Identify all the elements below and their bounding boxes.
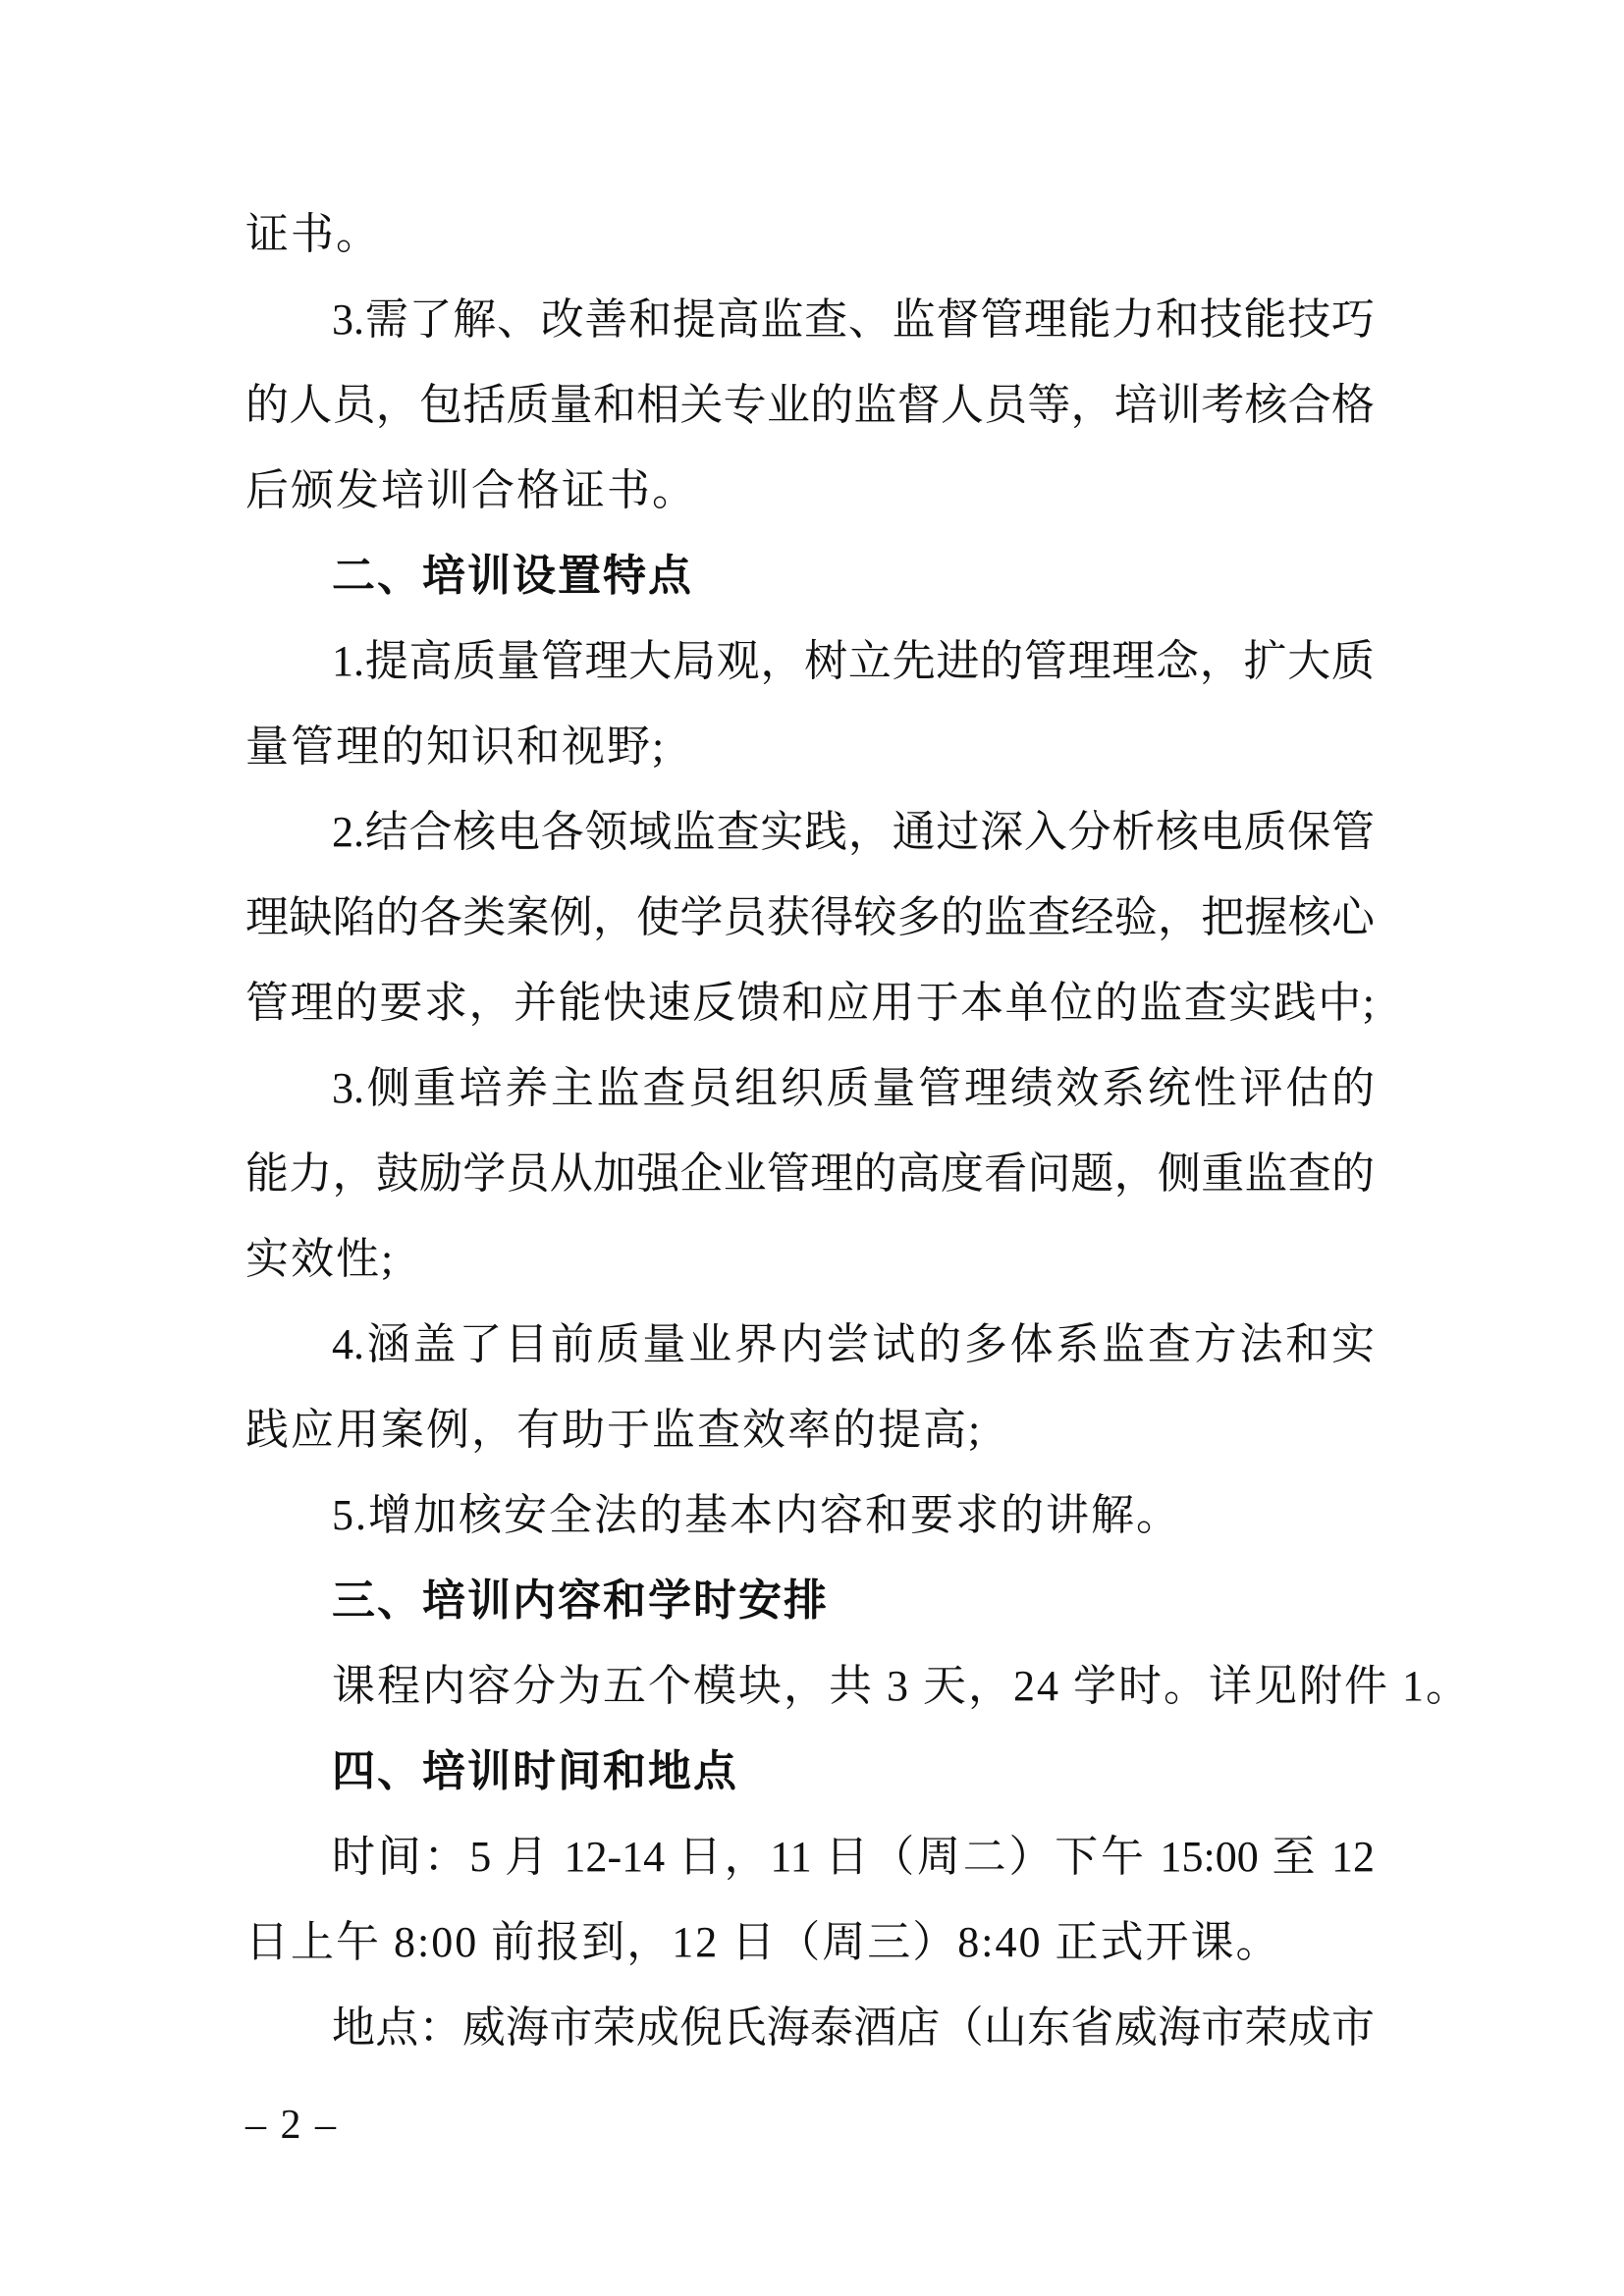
- section-heading: 二、培训设置特点: [245, 533, 1375, 618]
- body-line: 4.涵盖了目前质量业界内尝试的多体系监查方法和实: [245, 1302, 1375, 1387]
- document-page: 证书。 3.需了解、改善和提高监查、监督管理能力和技能技巧 的人员，包括质量和相…: [0, 0, 1624, 2296]
- section-heading: 三、培训内容和学时安排: [245, 1558, 1375, 1643]
- body-line: 5.增加核安全法的基本内容和要求的讲解。: [245, 1472, 1375, 1558]
- body-line: 的人员，包括质量和相关专业的监督人员等，培训考核合格: [245, 362, 1375, 448]
- body-line: 3.侧重培养主监查员组织质量管理绩效系统性评估的: [245, 1045, 1375, 1131]
- body-line: 证书。: [245, 191, 1375, 277]
- body-line: 后颁发培训合格证书。: [245, 448, 1375, 533]
- body-line: 3.需了解、改善和提高监查、监督管理能力和技能技巧: [245, 277, 1375, 362]
- body-line: 时间：5 月 12-14 日，11 日（周二）下午 15:00 至 12: [245, 1814, 1375, 1899]
- section-heading: 四、培训时间和地点: [245, 1729, 1375, 1814]
- body-line: 1.提高质量管理大局观，树立先进的管理理念，扩大质: [245, 618, 1375, 704]
- body-line: 理缺陷的各类案例，使学员获得较多的监查经验，把握核心: [245, 875, 1375, 960]
- body-line: 2.结合核电各领域监查实践，通过深入分析核电质保管: [245, 789, 1375, 875]
- page-number: – 2 –: [245, 2101, 338, 2150]
- body-line: 量管理的知识和视野;: [245, 704, 1375, 789]
- document-body: 证书。 3.需了解、改善和提高监查、监督管理能力和技能技巧 的人员，包括质量和相…: [245, 191, 1375, 2070]
- body-line: 日上午 8:00 前报到，12 日（周三）8:40 正式开课。: [245, 1899, 1375, 1985]
- body-line: 能力，鼓励学员从加强企业管理的高度看问题，侧重监查的: [245, 1131, 1375, 1216]
- body-line: 践应用案例，有助于监查效率的提高;: [245, 1387, 1375, 1472]
- body-line: 课程内容分为五个模块，共 3 天，24 学时。详见附件 1。: [245, 1643, 1375, 1729]
- body-line: 管理的要求，并能快速反馈和应用于本单位的监查实践中;: [245, 960, 1375, 1045]
- body-line: 实效性;: [245, 1216, 1375, 1302]
- body-line: 地点：威海市荣成倪氏海泰酒店（山东省威海市荣成市: [245, 1985, 1375, 2070]
